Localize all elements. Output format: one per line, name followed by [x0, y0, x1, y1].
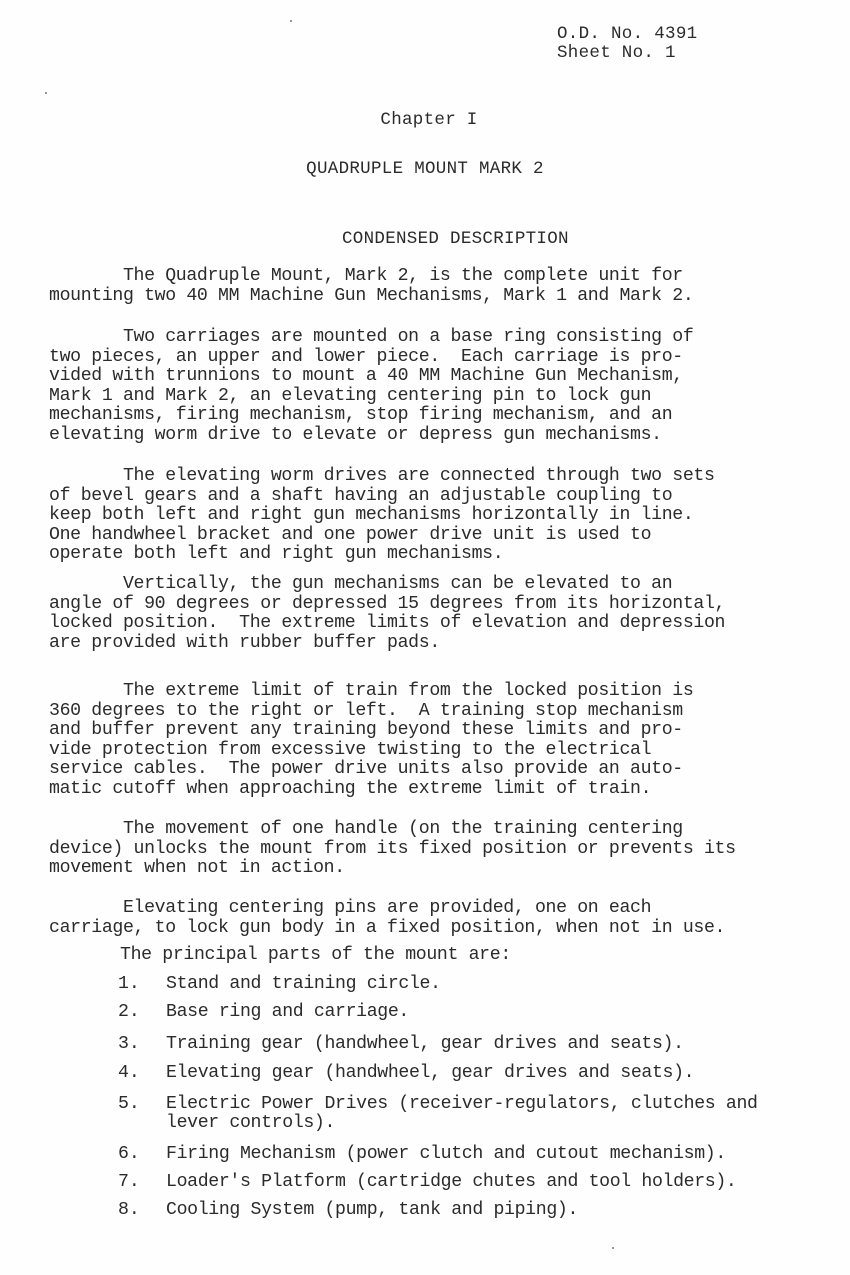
- paragraph-line: of bevel gears and a shaft having an adj…: [49, 486, 672, 506]
- part-description: Electric Power Drives (receiver-regulato…: [166, 1094, 758, 1114]
- paragraph-line: elevating worm drive to elevate or depre…: [49, 425, 662, 445]
- paragraph-line: locked position. The extreme limits of e…: [49, 613, 725, 633]
- paragraph-line: vided with trunnions to mount a 40 MM Ma…: [49, 366, 683, 386]
- section-heading: CONDENSED DESCRIPTION: [256, 229, 569, 249]
- paragraph-line: The movement of one handle (on the train…: [49, 819, 683, 839]
- paragraph-line: mechanisms, firing mechanism, stop firin…: [49, 405, 672, 425]
- part-description: Elevating gear (handwheel, gear drives a…: [166, 1063, 694, 1083]
- part-description: Loader's Platform (cartridge chutes and …: [166, 1172, 736, 1192]
- paragraph-line: operate both left and right gun mechanis…: [49, 544, 503, 564]
- paragraph-line: two pieces, an upper and lower piece. Ea…: [49, 347, 683, 367]
- paragraph-line: Elevating centering pins are provided, o…: [49, 898, 651, 918]
- od-number: O.D. No. 4391: [557, 24, 697, 44]
- part-number: 2.: [118, 1002, 140, 1022]
- paragraph-line: The elevating worm drives are connected …: [49, 466, 715, 486]
- scan-speck: [45, 92, 47, 94]
- paragraph-line: vide protection from excessive twisting …: [49, 740, 651, 760]
- part-description: Base ring and carriage.: [166, 1002, 409, 1022]
- paragraph-line: Vertically, the gun mechanisms can be el…: [49, 574, 672, 594]
- sheet-number: Sheet No. 1: [557, 43, 676, 63]
- paragraph-line: angle of 90 degrees or depressed 15 degr…: [49, 594, 725, 614]
- part-description: Training gear (handwheel, gear drives an…: [166, 1034, 684, 1054]
- part-number: 7.: [118, 1172, 140, 1192]
- part-number: 5.: [118, 1094, 140, 1114]
- paragraph-line: matic cutoff when approaching the extrem…: [49, 779, 651, 799]
- part-number: 4.: [118, 1063, 140, 1083]
- paragraph-line: The extreme limit of train from the lock…: [49, 681, 693, 701]
- paragraph-line: keep both left and right gun mechanisms …: [49, 505, 693, 525]
- paragraph-line: movement when not in action.: [49, 858, 345, 878]
- document-page: O.D. No. 4391 Sheet No. 1 Chapter I QUAD…: [0, 0, 850, 1275]
- paragraph-line: Two carriages are mounted on a base ring…: [49, 327, 693, 347]
- part-description: Cooling System (pump, tank and piping).: [166, 1200, 578, 1220]
- paragraph-line: The Quadruple Mount, Mark 2, is the comp…: [49, 266, 683, 286]
- paragraph-line: Mark 1 and Mark 2, an elevating centerin…: [49, 386, 651, 406]
- document-title: QUADRUPLE MOUNT MARK 2: [0, 159, 850, 179]
- part-number: 3.: [118, 1034, 140, 1054]
- paragraph-line: One handwheel bracket and one power driv…: [49, 525, 651, 545]
- part-description: Stand and training circle.: [166, 974, 441, 994]
- paragraph-line: device) unlocks the mount from its fixed…: [49, 839, 736, 859]
- part-number: 1.: [118, 974, 140, 994]
- paragraph-line: and buffer prevent any training beyond t…: [49, 720, 683, 740]
- paragraph-line: carriage, to lock gun body in a fixed po…: [49, 918, 725, 938]
- part-description: lever controls).: [166, 1113, 335, 1133]
- part-number: 8.: [118, 1200, 140, 1220]
- part-description: Firing Mechanism (power clutch and cutou…: [166, 1144, 726, 1164]
- paragraph-line: mounting two 40 MM Machine Gun Mechanism…: [49, 286, 693, 306]
- chapter-heading: Chapter I: [0, 110, 850, 130]
- part-number: 6.: [118, 1144, 140, 1164]
- scan-speck: [290, 20, 292, 22]
- parts-intro: The principal parts of the mount are:: [120, 945, 511, 965]
- scan-speck: [612, 1247, 614, 1249]
- paragraph-line: service cables. The power drive units al…: [49, 759, 683, 779]
- paragraph-line: are provided with rubber buffer pads.: [49, 633, 440, 653]
- paragraph-line: 360 degrees to the right or left. A trai…: [49, 701, 683, 721]
